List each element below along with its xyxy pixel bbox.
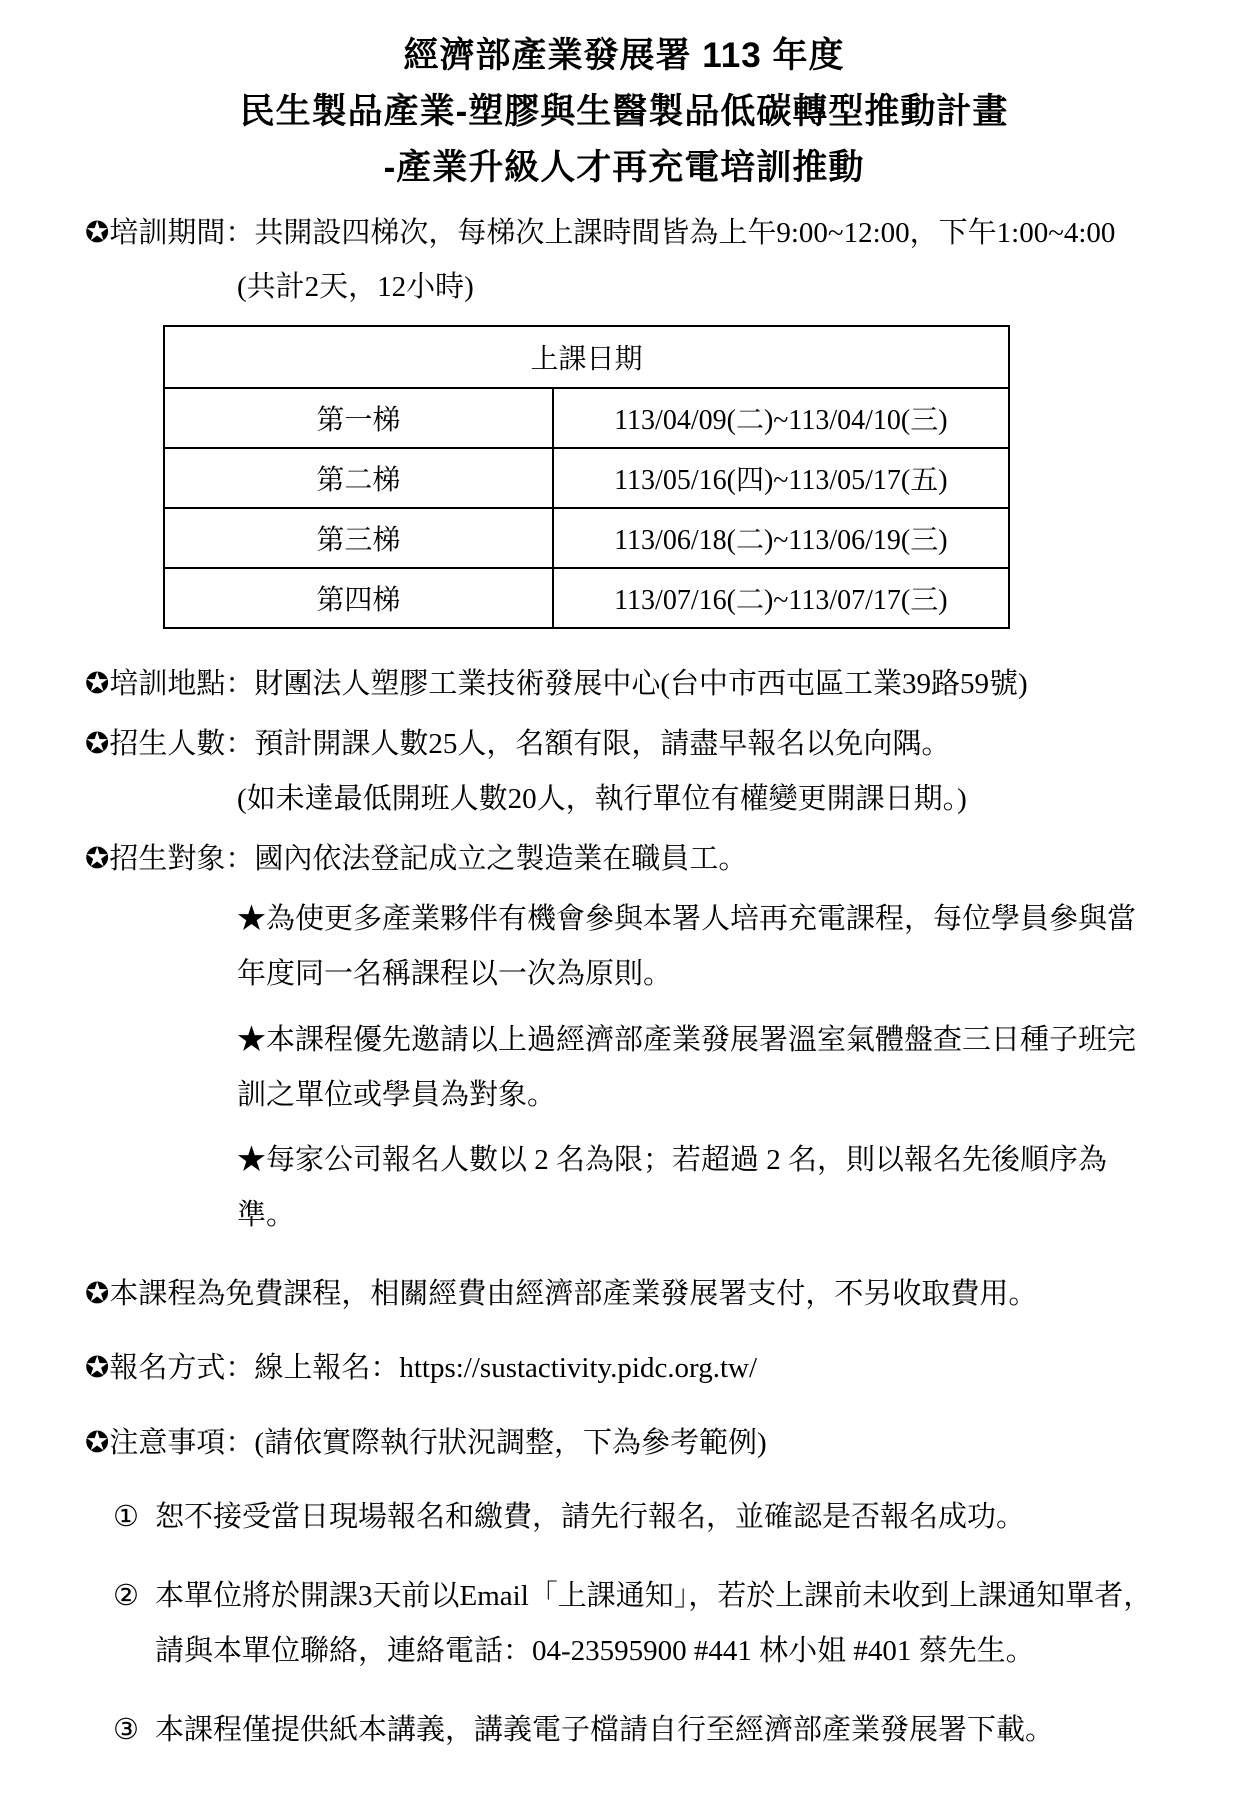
circled-star-bullet-icon: ✪	[85, 843, 109, 875]
target-row: ✪招生對象：國內依法登記成立之製造業在職員工。	[85, 836, 1163, 882]
title-line-3: -產業升級人才再充電培訓推動	[85, 140, 1163, 196]
location-row: ✪培訓地點：財團法人塑膠工業技術發展中心(台中市西屯區工業39路59號)	[85, 661, 1163, 707]
batch-cell: 第二梯	[164, 448, 553, 508]
location-label: 培訓地點：	[109, 668, 254, 700]
location-text: 財團法人塑膠工業技術發展中心(台中市西屯區工業39路59號)	[254, 668, 1027, 700]
table-row: 第三梯 113/06/18(二)~113/06/19(三)	[164, 508, 1009, 568]
enrollment-row: ✪招生人數：預計開課人數25人，名額有限，請盡早報名以免向隅。	[85, 721, 1163, 767]
table-row: 第二梯 113/05/16(四)~113/05/17(五)	[164, 448, 1009, 508]
registration-label: 報名方式：	[109, 1352, 254, 1384]
training-period-row: ✪培訓期間：共開設四梯次，每梯次上課時間皆為上午9:00~12:00，下午1:0…	[85, 210, 1163, 256]
note-item-text: 本課程僅提供紙本講義，講義電子檔請自行至經濟部產業發展署下載。	[155, 1714, 1054, 1746]
enrollment-text: 預計開課人數25人，名額有限，請盡早報名以免向隅。	[254, 728, 950, 760]
target-label: 招生對象：	[109, 843, 254, 875]
registration-text: 線上報名：	[254, 1352, 399, 1384]
registration-row: ✪報名方式：線上報名：https://sustactivity.pidc.org…	[85, 1345, 1163, 1391]
note-item-text: 本單位將於開課3天前以Email「上課通知」，若於上課前未收到上課通知單者，請與…	[155, 1580, 1152, 1667]
training-period-label: 培訓期間：	[109, 217, 254, 249]
registration-url-link[interactable]: https://sustactivity.pidc.org.tw/	[399, 1352, 757, 1384]
circled-star-bullet-icon: ✪	[85, 1427, 109, 1459]
target-text: 國內依法登記成立之製造業在職員工。	[254, 843, 747, 875]
enrollment-subtext: (如未達最低開班人數20人，執行單位有權變更開課日期。)	[85, 776, 1163, 822]
target-note: ★為使更多產業夥伴有機會參與本署人培再充電課程，每位學員參與當年度同一名稱課程以…	[85, 892, 1163, 1002]
circled-number-3-icon: ③	[113, 1703, 155, 1758]
target-note: ★每家公司報名人數以 2 名為限；若超過 2 名，則以報名先後順序為準。	[85, 1133, 1163, 1243]
notes-section-row: ✪注意事項：(請依實際執行狀況調整，下為參考範例)	[85, 1420, 1163, 1466]
target-note: ★本課程優先邀請以上過經濟部產業發展署溫室氣體盤查三日種子班完訓之單位或學員為對…	[85, 1013, 1163, 1123]
free-course-text: 本課程為免費課程，相關經費由經濟部產業發展署支付，不另收取費用。	[109, 1278, 1037, 1310]
table-row: 第四梯 113/07/16(二)~113/07/17(三)	[164, 568, 1009, 628]
star-icon: ★	[237, 1024, 266, 1056]
target-note-text: 為使更多產業夥伴有機會參與本署人培再充電課程，每位學員參與當年度同一名稱課程以一…	[237, 903, 1136, 990]
title-line-1: 經濟部產業發展署 113 年度	[85, 28, 1163, 84]
batch-cell: 第一梯	[164, 388, 553, 448]
training-period-text: 共開設四梯次，每梯次上課時間皆為上午9:00~12:00，下午1:00~4:00	[254, 217, 1115, 249]
dates-cell: 113/05/16(四)~113/05/17(五)	[553, 448, 1009, 508]
dates-cell: 113/06/18(二)~113/06/19(三)	[553, 508, 1009, 568]
table-row: 第一梯 113/04/09(二)~113/04/10(三)	[164, 388, 1009, 448]
star-icon: ★	[237, 1144, 266, 1176]
circled-star-bullet-icon: ✪	[85, 668, 109, 700]
note-item: ②本單位將於開課3天前以Email「上課通知」，若於上課前未收到上課通知單者，請…	[113, 1569, 1163, 1679]
notes-list: ①恕不接受當日現場報名和繳費，請先行報名，並確認是否報名成功。 ②本單位將於開課…	[85, 1490, 1163, 1758]
circled-star-bullet-icon: ✪	[85, 217, 109, 249]
enrollment-label: 招生人數：	[109, 728, 254, 760]
target-note-text: 本課程優先邀請以上過經濟部產業發展署溫室氣體盤查三日種子班完訓之單位或學員為對象…	[237, 1024, 1136, 1111]
notes-section-label: 注意事項：	[109, 1427, 254, 1459]
note-item: ③本課程僅提供紙本講義，講義電子檔請自行至經濟部產業發展署下載。	[113, 1703, 1163, 1758]
circled-star-bullet-icon: ✪	[85, 1278, 109, 1310]
dates-cell: 113/04/09(二)~113/04/10(三)	[553, 388, 1009, 448]
schedule-table-header: 上課日期	[164, 326, 1009, 388]
dates-cell: 113/07/16(二)~113/07/17(三)	[553, 568, 1009, 628]
notes-section-text: (請依實際執行狀況調整，下為參考範例)	[254, 1427, 766, 1459]
document-page: 經濟部產業發展署 113 年度 民生製品產業-塑膠與生醫製品低碳轉型推動計畫 -…	[0, 0, 1241, 1798]
schedule-table: 上課日期 第一梯 113/04/09(二)~113/04/10(三) 第二梯 1…	[163, 325, 1010, 629]
note-item-text: 恕不接受當日現場報名和繳費，請先行報名，並確認是否報名成功。	[155, 1501, 1025, 1533]
target-note-text: 每家公司報名人數以 2 名為限；若超過 2 名，則以報名先後順序為準。	[237, 1144, 1107, 1231]
document-title: 經濟部產業發展署 113 年度 民生製品產業-塑膠與生醫製品低碳轉型推動計畫 -…	[85, 28, 1163, 196]
star-icon: ★	[237, 903, 266, 935]
batch-cell: 第三梯	[164, 508, 553, 568]
training-period-subtext: (共計2天，12小時)	[85, 264, 1163, 310]
free-course-row: ✪本課程為免費課程，相關經費由經濟部產業發展署支付，不另收取費用。	[85, 1271, 1163, 1317]
circled-number-2-icon: ②	[113, 1569, 155, 1624]
batch-cell: 第四梯	[164, 568, 553, 628]
circled-star-bullet-icon: ✪	[85, 728, 109, 760]
circled-number-1-icon: ①	[113, 1490, 155, 1545]
target-notes: ★為使更多產業夥伴有機會參與本署人培再充電課程，每位學員參與當年度同一名稱課程以…	[85, 892, 1163, 1243]
circled-star-bullet-icon: ✪	[85, 1352, 109, 1384]
table-header-row: 上課日期	[164, 326, 1009, 388]
title-line-2: 民生製品產業-塑膠與生醫製品低碳轉型推動計畫	[85, 84, 1163, 140]
note-item: ①恕不接受當日現場報名和繳費，請先行報名，並確認是否報名成功。	[113, 1490, 1163, 1545]
